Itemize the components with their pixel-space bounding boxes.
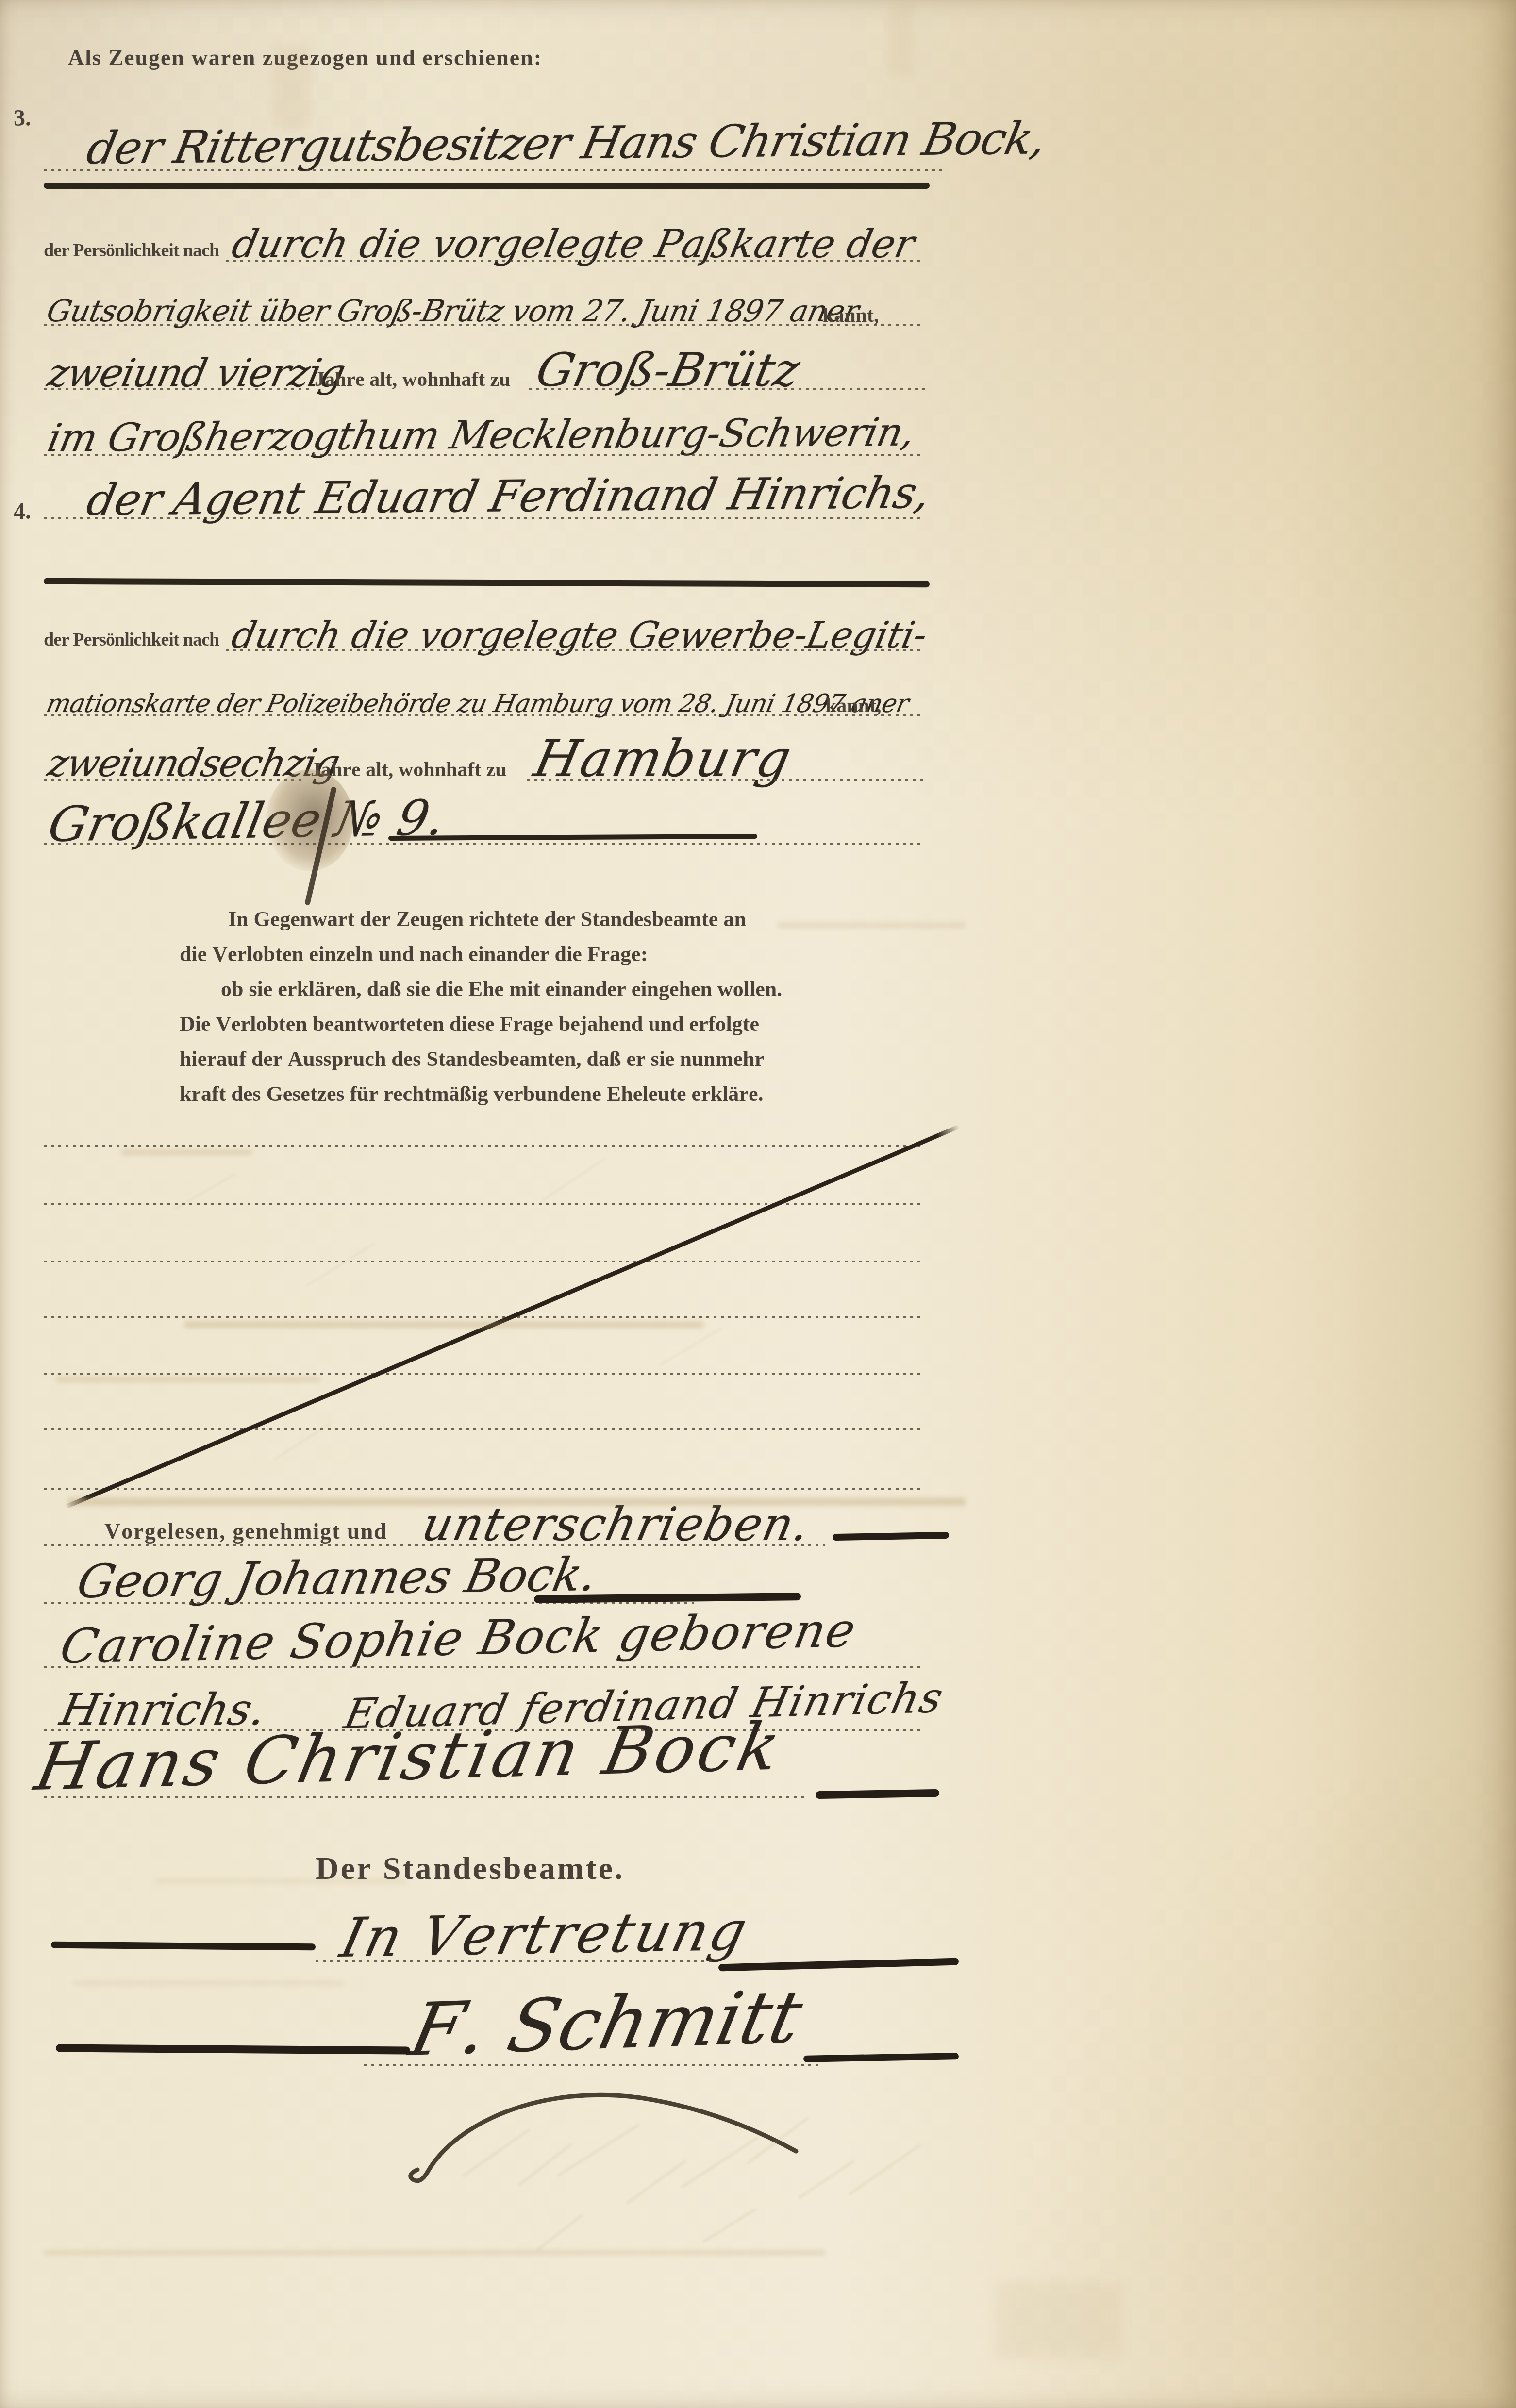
- dotted-writing-line: [44, 779, 306, 781]
- paper-stain: [995, 2281, 1121, 2359]
- ink-dash: [51, 1942, 316, 1951]
- ink-dash: [833, 1532, 949, 1541]
- blank-ruled-line: [44, 1261, 925, 1262]
- marriage-register-page: Als Zeugen waren zugezogen und erschiene…: [0, 0, 1516, 2408]
- bleed-smudge: [184, 1321, 704, 1328]
- dotted-writing-line: [44, 169, 947, 171]
- bleed-stroke: [848, 2143, 921, 2195]
- dotted-writing-line: [527, 779, 925, 781]
- signature-bride-line1: Caroline Sophie Bock geborene: [56, 1603, 861, 1675]
- ink-dash: [56, 2044, 410, 2054]
- bleed-smudge: [56, 1377, 320, 1382]
- witness3-id-printed-suffix: kannt,: [823, 304, 879, 327]
- blank-ruled-line: [44, 1488, 925, 1490]
- dotted-writing-line: [44, 517, 925, 519]
- declaration-line-1: In Gegenwart der Zeugen richtete der Sta…: [228, 907, 746, 931]
- witness4-age-printed: Jahre alt, wohnhaft zu: [311, 758, 507, 781]
- section-rule: [44, 578, 930, 587]
- witness4-name-handwritten: der Agent Eduard Ferdinand Hinrichs,: [83, 467, 934, 526]
- dotted-writing-line: [316, 1960, 714, 1962]
- dotted-writing-line: [44, 1544, 825, 1546]
- dotted-writing-line: [226, 260, 925, 262]
- bleed-stroke: [702, 2208, 757, 2243]
- dotted-writing-line: [44, 1796, 806, 1798]
- blank-ruled-line: [44, 1428, 925, 1430]
- dotted-writing-line: [44, 843, 925, 845]
- signature-groom: Georg Johannes Bock.: [73, 1548, 601, 1609]
- blank-ruled-line: [44, 1373, 925, 1375]
- attestation-printed: Vorgelesen, genehmigt und: [104, 1518, 387, 1544]
- ink-dash: [816, 1789, 939, 1799]
- bleed-stroke: [536, 2214, 583, 2252]
- declaration-line-6: kraft des Gesetzes für rechtmäßig verbun…: [180, 1081, 763, 1106]
- declaration-line-5: hierauf der Ausspruch des Standesbeamten…: [180, 1046, 764, 1071]
- attestation-handwritten: unterschrieben.: [417, 1498, 815, 1551]
- dotted-writing-line: [529, 388, 925, 390]
- dotted-writing-line: [44, 714, 925, 716]
- witness4-id-label: der Persönlichkeit nach: [44, 629, 219, 650]
- declaration-line-2: die Verlobten einzeln und nach einander …: [180, 942, 648, 966]
- witness3-number: 3.: [14, 105, 31, 132]
- witness3-name-handwritten: der Rittergutsbesitzer Hans Christian Bo…: [83, 112, 1050, 174]
- ink-dash: [718, 1958, 959, 1972]
- dotted-writing-line: [44, 324, 925, 326]
- paper-stain: [272, 46, 311, 129]
- dotted-writing-line: [44, 1666, 925, 1668]
- blank-ruled-line: [44, 1203, 925, 1205]
- witness4-id-printed-suffix: kannt,: [825, 694, 882, 717]
- handwritten-filler-stroke: [388, 834, 757, 841]
- registrar-deputy-note: In Vertretung: [335, 1900, 754, 1970]
- bleed-stroke: [305, 1242, 376, 1287]
- witness3-id-label: der Persönlichkeit nach: [44, 240, 219, 261]
- declaration-line-3: ob sie erklären, daß sie die Ehe mit ein…: [221, 977, 782, 1001]
- witness3-id-handwritten-2: Gutsobrigkeit über Groß-Brütz vom 27. Ju…: [44, 293, 862, 329]
- paper-stain: [888, 4, 915, 77]
- ink-blot: [266, 769, 353, 871]
- bleed-smudge: [155, 1878, 408, 1884]
- witness4-id-handwritten-2: mationskarte der Polizeibehörde zu Hambu…: [44, 689, 911, 718]
- ink-dash: [803, 2053, 959, 2062]
- blank-ruled-line: [44, 1145, 925, 1147]
- witness3-residence-line2-handwritten: im Großherzogthum Mecklenburg-Schwerin,: [44, 410, 918, 461]
- bleed-stroke: [541, 1157, 607, 1202]
- dotted-writing-line: [44, 454, 925, 456]
- witness3-age-printed: Jahre alt, wohnhaft zu: [315, 368, 511, 391]
- bleed-smudge: [68, 1498, 966, 1506]
- bleed-smudge: [73, 1980, 345, 1986]
- declaration-line-4: Die Verlobten beantworteten diese Frage …: [180, 1012, 759, 1036]
- blank-ruled-line: [44, 1316, 925, 1318]
- witness4-number: 4.: [14, 498, 31, 525]
- dotted-writing-line: [364, 2064, 818, 2066]
- bleed-smudge: [777, 922, 966, 928]
- registrar-signature: F. Schmitt: [403, 1975, 809, 2073]
- section-rule: [44, 183, 930, 189]
- dotted-writing-line: [44, 388, 311, 390]
- dotted-writing-line: [226, 649, 925, 651]
- bleed-stroke: [659, 1328, 722, 1367]
- signature-flourish: [388, 2077, 825, 2184]
- bleed-smudge: [44, 2250, 825, 2255]
- bleed-smudge: [121, 1149, 252, 1155]
